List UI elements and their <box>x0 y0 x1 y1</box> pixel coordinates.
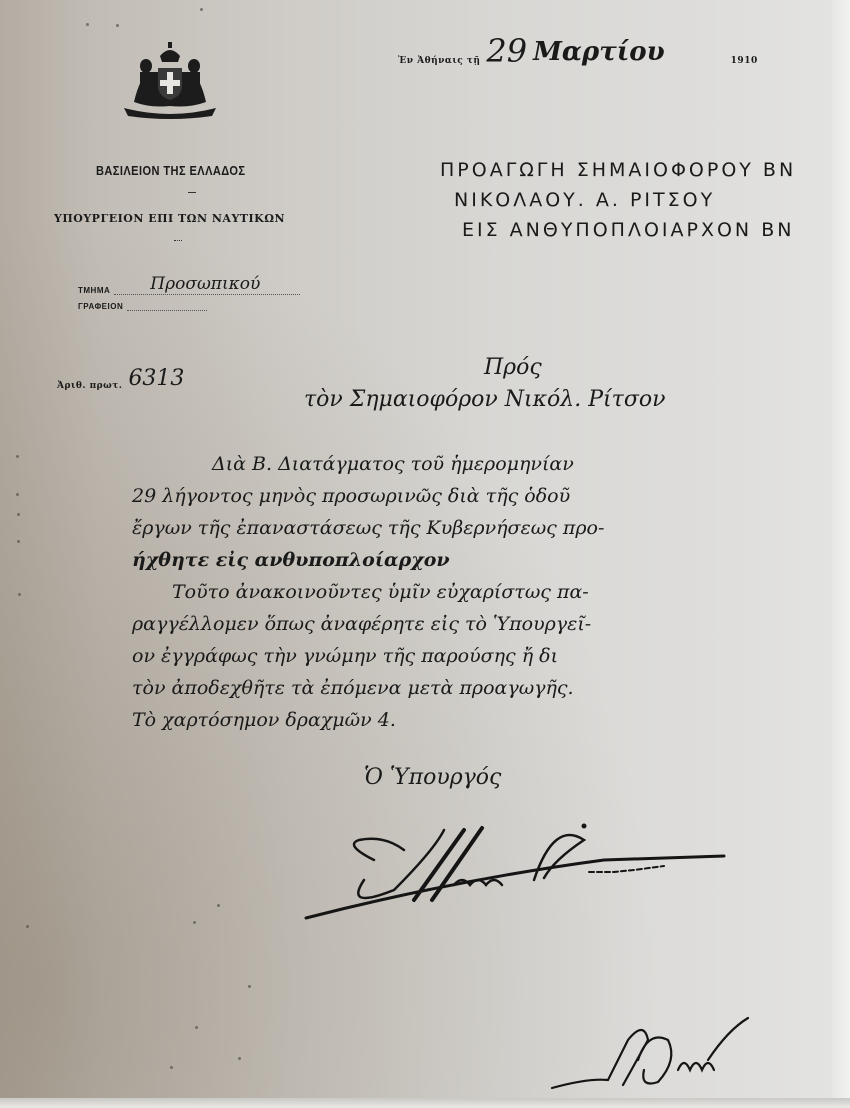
body-line: τὸν ἀποδεχθῆτε τὰ ἐπόμενα μετὰ προαγωγῆς… <box>132 672 772 704</box>
divider <box>188 192 196 193</box>
promotion-annotation: ΠΡΟΑΓΩΓΗ ΣΗΜΑΙΟΦΟΡΟΥ ΒΝ ΝΙΚΟΛΑΟΥ. Α. ΡΙΤ… <box>440 155 796 245</box>
speck <box>17 513 20 516</box>
protocol-field: Ἀριθ. πρωτ. 6313 <box>57 366 184 391</box>
speck <box>195 1026 198 1029</box>
speck <box>116 24 119 27</box>
coat-of-arms-icon <box>120 42 220 120</box>
protocol-number: 6313 <box>128 366 184 391</box>
body-line: ἔργων τῆς ἐπαναστάσεως τῆς Κυβερνήσεως π… <box>132 512 772 544</box>
kingdom-heading: ΒΑΣΙΛΕΙΟΝ ΤΗΣ ΕΛΛΑΔΟΣ <box>96 163 245 178</box>
annotation-line: ΝΙΚΟΛΑΟΥ. Α. ΡΙΤΣΟΥ <box>454 185 796 215</box>
body-line: ήχθητε εἰς ανθυποπλοίαρχον <box>132 544 772 576</box>
annotation-line: ΕΙΣ ΑΝΘΥΠΟΠΛΟΙΑΡΧΟΝ ΒΝ <box>462 215 796 245</box>
date-place: Ἐν Ἀθήναις τῇ <box>398 56 480 66</box>
speck <box>248 985 251 988</box>
section-field: ΤΜΗΜΑ Προσωπικού <box>78 274 300 295</box>
body-line: Τὸ χαρτόσημον δραχμῶν 4. <box>132 704 772 736</box>
divider <box>174 240 182 241</box>
speck <box>170 1066 173 1069</box>
closing-title: Ὁ Ὑπουργός <box>364 765 501 790</box>
office-label: ΓΡΑΦΕΙΟΝ <box>78 302 123 311</box>
document-page: ΒΑΣΙΛΕΙΟΝ ΤΗΣ ΕΛΛΑΔΟΣ ΥΠΟΥΡΓΕΙΟΝ ΕΠΙ ΤΩΝ… <box>0 0 832 1098</box>
date-day: 29 <box>486 36 527 66</box>
body-line: 29 λήγοντος μηνὸς προσωρινῶς διὰ τῆς ὁδο… <box>132 480 772 512</box>
second-signature: Ρίτσος <box>548 1000 768 1095</box>
speck <box>26 925 29 928</box>
minister-signature: Α. Μιαούλης <box>304 800 744 930</box>
protocol-label: Ἀριθ. πρωτ. <box>57 381 122 391</box>
speck <box>86 23 89 26</box>
speck <box>200 8 203 11</box>
body-line: Τοῦτο ἀνακοινοῦντες ὑμῖν εὐχαρίστως πα- <box>132 576 772 608</box>
office-field: ΓΡΑΦΕΙΟΝ <box>78 302 207 311</box>
date-line: Ἐν Ἀθήναις τῇ 29 Μαρτίου 1910 <box>398 36 758 66</box>
speck <box>16 455 19 458</box>
page-edge <box>832 0 850 1108</box>
addressee-to: Πρός <box>484 355 542 380</box>
speck <box>17 540 20 543</box>
annotation-line: ΠΡΟΑΓΩΓΗ ΣΗΜΑΙΟΦΟΡΟΥ ΒΝ <box>440 155 796 185</box>
speck <box>18 593 21 596</box>
speck <box>16 493 19 496</box>
addressee-name: τὸν Σημαιοφόρον Νικόλ. Ρίτσον <box>304 387 665 412</box>
speck <box>193 921 196 924</box>
speck <box>238 1057 241 1060</box>
ministry-heading: ΥΠΟΥΡΓΕΙΟΝ ΕΠΙ ΤΩΝ ΝΑΥΤΙΚΩΝ <box>54 212 285 225</box>
section-label: ΤΜΗΜΑ <box>78 286 110 295</box>
section-value: Προσωπικού <box>114 274 300 295</box>
body-line: Διὰ Β. Διατάγματος τοῦ ἡμερομηνίαν <box>132 448 772 480</box>
office-value <box>127 310 207 311</box>
speck <box>217 904 220 907</box>
date-year: 1910 <box>731 56 758 66</box>
date-month: Μαρτίου <box>533 38 665 66</box>
body-line: ραγγέλλομεν ὅπως ἀναφέρητε εἰς τὸ Ὑπουργ… <box>132 608 772 640</box>
body-line: ον ἐγγράφως τὴν γνώμην τῆς παρούσης ἤ δι <box>132 640 772 672</box>
page-edge <box>0 1098 850 1108</box>
letter-body: Διὰ Β. Διατάγματος τοῦ ἡμερομηνίαν 29 λή… <box>132 448 772 736</box>
